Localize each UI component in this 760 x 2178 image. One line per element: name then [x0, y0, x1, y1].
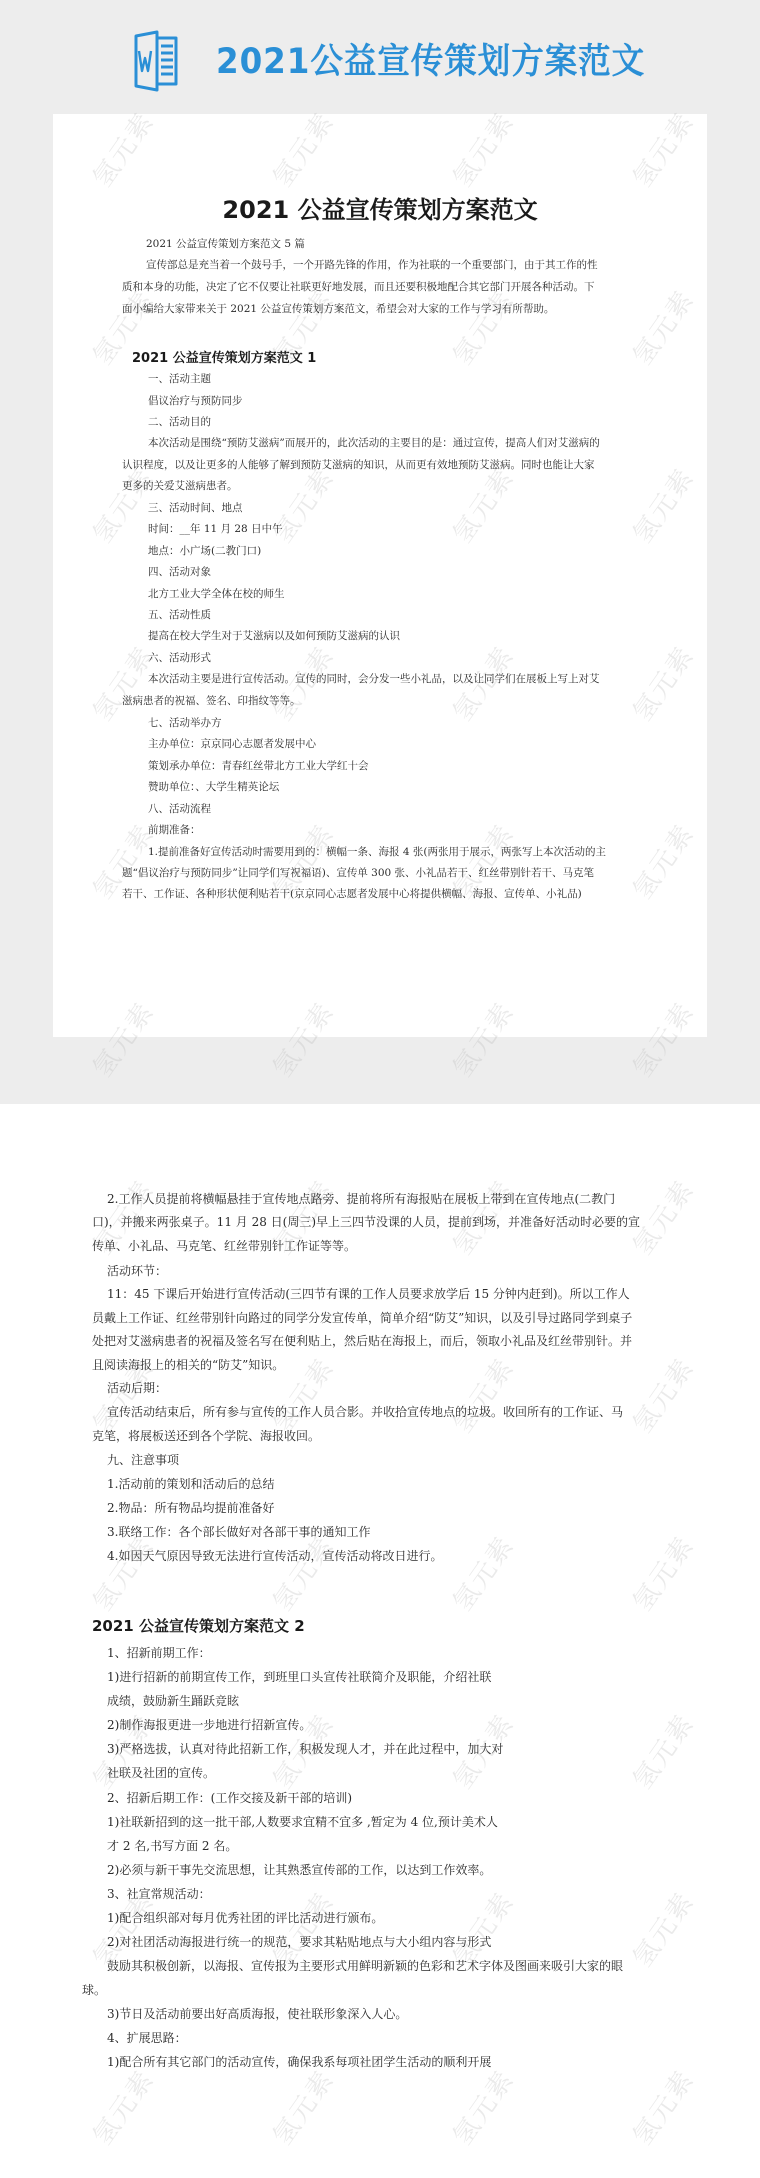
body-line: 1.提前准备好宣传活动时需要用到的：横幅一条、海报 4 张(两张用于展示，两张写… [148, 845, 606, 859]
body-line: 七、活动举办方 [148, 716, 222, 730]
body-line: 认识程度，以及让更多的人能够了解到预防艾滋病的知识，从而更有效地预防艾滋病。同时… [122, 458, 595, 472]
body-line: 球。 [82, 1982, 106, 1998]
body-line: 前期准备： [148, 823, 201, 837]
body-line: 五、活动性质 [148, 608, 211, 622]
body-line: 本次活动是围绕“预防艾滋病”而展开的，此次活动的主要目的是：通过宣传，提高人们对… [148, 436, 600, 450]
document-subtitle: 2021 公益宣传策划方案范文 5 篇 [146, 237, 305, 251]
body-line: 宣传活动结束后，所有参与宣传的工作人员合影。并收拾宣传地点的垃圾。收回所有的工作… [107, 1404, 623, 1420]
body-line: 一、活动主题 [148, 372, 211, 386]
watermark-text: 氢元素 [623, 1705, 701, 1795]
body-line: 三、活动时间、地点 [148, 501, 243, 515]
body-line: 2)对社团活动海报进行统一的规范，要求其粘贴地点与大小组内容与形式 [107, 1934, 491, 1950]
body-line: 2.工作人员提前将横幅悬挂于宣传地点路旁、提前将所有海报贴在展板上带到在宣传地点… [107, 1191, 615, 1207]
body-line: 且阅读海报上的相关的“防艾”知识。 [92, 1357, 284, 1373]
body-line: 社联及社团的宣传。 [107, 1765, 215, 1781]
watermark-text: 氢元素 [623, 1883, 701, 1973]
body-line: 1.活动前的策划和活动后的总结 [107, 1476, 274, 1492]
body-line: 传单、小礼品、马克笔、红丝带别针工作证等等。 [92, 1238, 356, 1254]
body-line: 主办单位：京京同心志愿者发展中心 [148, 737, 316, 751]
body-line: 活动后期： [107, 1380, 167, 1396]
watermark-text: 氢元素 [83, 2061, 161, 2151]
body-line: 策划承办单位：青春红丝带北方工业大学红十会 [148, 759, 369, 773]
body-line: 本次活动主要是进行宣传活动。宣传的同时，会分发一些小礼品，以及让同学们在展板上写… [148, 672, 600, 686]
body-line: 赞助单位：、大学生精英论坛 [148, 780, 279, 794]
body-line: 2.物品：所有物品均提前准备好 [107, 1500, 274, 1516]
body-line: 更多的关爱艾滋病患者。 [122, 479, 238, 493]
body-line: 4.如因天气原因导致无法进行宣传活动，宣传活动将改日进行。 [107, 1548, 442, 1564]
body-line: 3、社宣常规活动： [107, 1886, 211, 1902]
body-line: 2、招新后期工作：(工作交接及新干部的培训) [107, 1790, 352, 1806]
body-line: 提高在校大学生对于艾滋病以及如何预防艾滋病的认识 [148, 629, 400, 643]
body-line: 倡议治疗与预防同步 [148, 394, 243, 408]
body-line: 题“倡议治疗与预防同步”让同学们写祝福语)、宣传单 300 张、小礼品若干、红丝… [122, 866, 594, 880]
watermark-text: 氢元素 [443, 1527, 521, 1617]
body-line: 11：45 下课后开始进行宣传活动(三四节有课的工作人员要求放学后 15 分钟内… [107, 1286, 630, 1302]
body-line: 成绩，鼓励新生踊跃竞眩 [107, 1693, 239, 1709]
body-line: 1)社联新招到的这一批干部,人数要求宜精不宜多 ,暂定为 4 位,预计美术人 [107, 1814, 498, 1830]
body-line: 1)配合所有其它部门的活动宣传，确保我系每项社团学生活动的顺利开展 [107, 2054, 491, 2070]
body-line: 滋病患者的祝福、签名、印指纹等等。 [122, 694, 301, 708]
body-line: 八、活动流程 [148, 802, 211, 816]
body-line: 北方工业大学全体在校的师生 [148, 587, 285, 601]
body-line: 时间：__年 11 月 28 日中午 [148, 522, 283, 536]
document-title: 2021 公益宣传策划方案范文 [0, 190, 760, 225]
body-line: 才 2 名,书写方面 2 名。 [107, 1838, 237, 1854]
body-line: 四、活动对象 [148, 565, 211, 579]
body-line: 1)配合组织部对每月优秀社团的评比活动进行颁布。 [107, 1910, 383, 1926]
watermark-text: 氢元素 [263, 1527, 341, 1617]
body-line: 六、活动形式 [148, 651, 211, 665]
intro-line: 面小编给大家带来关于 2021 公益宣传策划方案范文，希望会对大家的工作与学习有… [122, 302, 554, 316]
intro-line: 质和本身的功能，决定了它不仅要让社联更好地发展，而且还要积极地配合其它部门开展各… [122, 280, 595, 294]
watermark-text: 氢元素 [443, 1349, 521, 1439]
section-heading-2: 2021 公益宣传策划方案范文 2 [92, 1615, 305, 1636]
banner-title: 2021公益宣传策划方案范文 [216, 42, 645, 82]
body-line: 处把对艾滋病患者的祝福及签名写在便利贴上，然后贴在海报上，而后，领取小礼品及红丝… [92, 1333, 632, 1349]
watermark-text: 氢元素 [83, 1527, 161, 1617]
word-document-icon [133, 30, 179, 92]
body-line: 2)制作海报更进一步地进行招新宣传。 [107, 1717, 311, 1733]
watermark-text: 氢元素 [623, 2061, 701, 2151]
body-line: 1、招新前期工作： [107, 1645, 211, 1661]
watermark-text: 氢元素 [623, 1349, 701, 1439]
body-line: 3)严格选拔，认真对待此招新工作，积极发现人才，并在此过程中，加大对 [107, 1741, 503, 1757]
body-line: 1)进行招新的前期宣传工作，到班里口头宣传社联简介及职能，介绍社联 [107, 1669, 491, 1685]
body-line: 2)必须与新干事先交流思想，让其熟悉宣传部的工作，以达到工作效率。 [107, 1862, 491, 1878]
body-line: 二、活动目的 [148, 415, 211, 429]
body-line: 3)节日及活动前要出好高质海报，使社联形象深入人心。 [107, 2006, 407, 2022]
watermark-text: 氢元素 [443, 2061, 521, 2151]
body-line: 活动环节： [107, 1263, 167, 1279]
intro-line: 宣传部总是充当着一个鼓号手，一个开路先锋的作用，作为社联的一个重要部门，由于其工… [146, 258, 598, 272]
body-line: 口)，并搬来两张桌子。11 月 28 日(周三)早上三四节没课的人员，提前到场，… [92, 1214, 640, 1230]
watermark-text: 氢元素 [263, 2061, 341, 2151]
section-heading-1: 2021 公益宣传策划方案范文 1 [132, 347, 316, 366]
body-line: 4、扩展思路： [107, 2030, 187, 2046]
body-line: 地点：小广场(二教门口) [148, 544, 261, 558]
body-line: 员戴上工作证、红丝带别针向路过的同学分发宣传单，简单介绍“防艾”知识，以及引导过… [92, 1310, 632, 1326]
body-line: 克笔，将展板送还到各个学院、海报收回。 [92, 1428, 320, 1444]
body-line: 鼓励其积极创新，以海报、宣传报为主要形式用鲜明新颖的色彩和艺术字体及图画来吸引大… [107, 1958, 623, 1974]
banner: 2021公益宣传策划方案范文 [0, 0, 760, 114]
body-line: 九、注意事项 [107, 1452, 179, 1468]
watermark-text: 氢元素 [623, 1527, 701, 1617]
body-line: 3.联络工作：各个部长做好对各部干事的通知工作 [107, 1524, 370, 1540]
body-line: 若干、工作证、各种形状便利贴若干(京京同心志愿者发展中心将提供横幅、海报、宣传单… [122, 887, 582, 901]
